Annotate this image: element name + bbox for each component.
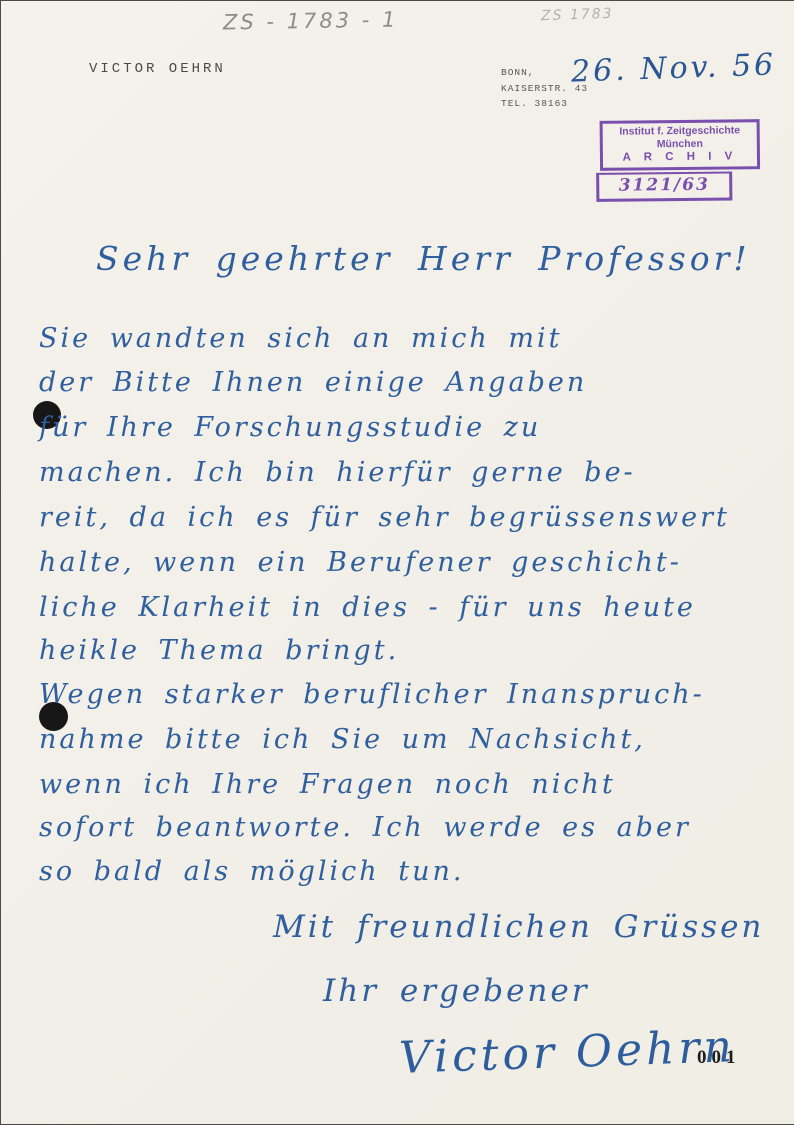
letter-body-line: machen. Ich bin hierfür gerne be- xyxy=(39,457,636,488)
letterhead-phone: TEL. 38163 xyxy=(501,96,588,112)
letter-body-line: sofort beantworte. Ich werde es aber xyxy=(39,812,691,843)
letter-body-line: der Bitte Ihnen einige Angaben xyxy=(39,367,587,398)
letter-body-line: halte, wenn ein Berufener geschicht- xyxy=(39,547,682,578)
stamp-archiv-line: A R C H I V xyxy=(607,150,753,165)
archive-stamp-text-box: Institut f. Zeitgeschichte München A R C… xyxy=(600,119,761,171)
letter-body-line: für Ihre Forschungsstudie zu xyxy=(39,412,541,443)
handwritten-signature: Victor Oehrn xyxy=(398,1021,736,1084)
letter-closing: Mit freundlichen Grüssen xyxy=(273,909,764,945)
folio-page-number: 001 xyxy=(697,1047,741,1069)
archival-note-left: ZS - 1783 - 1 xyxy=(223,7,399,34)
stamp-accession-number: 3121/63 xyxy=(619,175,710,196)
stamp-institute-line: Institut f. Zeitgeschichte xyxy=(607,124,753,139)
letter-body-line: Wegen starker beruflicher Inanspruch- xyxy=(39,679,705,710)
letter-body-line: reit, da ich es für sehr begrüssenswert xyxy=(39,502,730,533)
letter-body-line: liche Klarheit in dies - für uns heute xyxy=(39,592,696,623)
handwritten-date: 26. Nov. 56 xyxy=(570,47,776,89)
letter-body-line: Sie wandten sich an mich mit xyxy=(39,323,562,354)
letter-body-line: heikle Thema bringt. xyxy=(39,635,399,666)
letter-body-line: wenn ich Ihre Fragen noch nicht xyxy=(39,769,616,800)
letterhead-sender-name: VICTOR OEHRN xyxy=(89,61,226,77)
letter-signoff: Ihr ergebener xyxy=(323,973,590,1009)
letter-salutation: Sehr geehrter Herr Professor! xyxy=(96,239,751,278)
archival-note-right: ZS 1783 xyxy=(541,6,614,25)
letter-body-line: nahme bitte ich Sie um Nachsicht, xyxy=(39,724,646,755)
scanned-letter-page: ZS - 1783 - 1 ZS 1783 VICTOR OEHRN BONN,… xyxy=(0,0,794,1125)
archive-stamp-number-box: 3121/63 xyxy=(596,171,732,201)
letter-body-line: so bald als möglich tun. xyxy=(39,856,464,887)
archive-stamp: Institut f. Zeitgeschichte München A R C… xyxy=(600,119,761,202)
